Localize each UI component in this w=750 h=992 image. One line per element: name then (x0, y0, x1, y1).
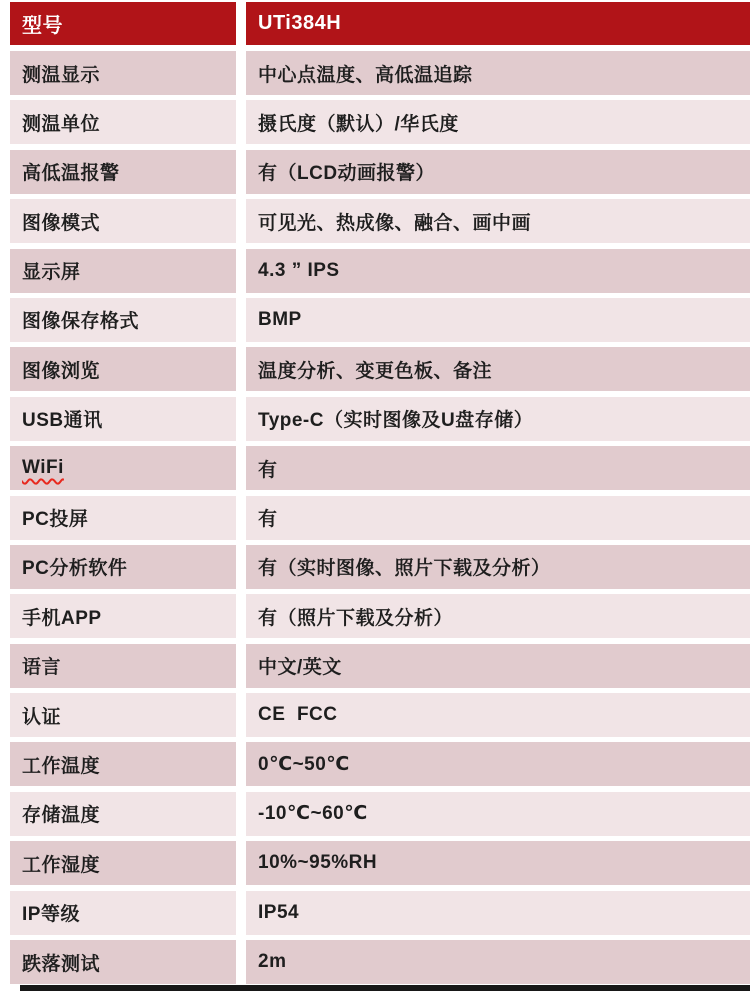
spec-value: 有（照片下载及分析） (258, 603, 453, 630)
spec-value-cell: -10℃~60℃ (246, 792, 750, 836)
spec-value: 2m (258, 951, 286, 973)
table-row: 工作温度 0℃~50℃ (0, 742, 750, 786)
spec-value-cell: 有 (246, 446, 750, 490)
spec-value-cell: 中心点温度、高低温追踪 (246, 51, 750, 95)
table-row: 高低温报警 有（LCD动画报警） (0, 150, 750, 194)
table-row: WiFi 有 (0, 446, 750, 490)
table-row: 语言 中文/英文 (0, 644, 750, 688)
spec-label-cell: 图像模式 (10, 199, 236, 243)
spec-label: 认证 (22, 702, 61, 729)
spec-value-cell: 温度分析、变更色板、备注 (246, 347, 750, 391)
spec-label: 图像浏览 (22, 356, 100, 383)
spec-value: 有（实时图像、照片下载及分析） (258, 553, 551, 580)
spec-label-cell: 图像保存格式 (10, 298, 236, 342)
spec-value: 可见光、热成像、融合、画中画 (258, 208, 531, 235)
spec-value: 温度分析、变更色板、备注 (258, 356, 492, 383)
table-row: 显示屏 4.3 ” IPS (0, 249, 750, 293)
spec-value: 有 (258, 504, 278, 531)
table-row: 测温显示 中心点温度、高低温追踪 (0, 51, 750, 95)
spec-value-cell: 有（实时图像、照片下载及分析） (246, 545, 750, 589)
spec-value: 中文/英文 (258, 652, 342, 679)
table-header-row: 型号 UTi384H (0, 2, 750, 45)
spec-label: IP等级 (22, 899, 80, 926)
table-row: PC投屏 有 (0, 496, 750, 540)
spec-label-cell: USB通讯 (10, 397, 236, 441)
spec-label-cell: 认证 (10, 693, 236, 737)
bottom-edge-bar (20, 985, 750, 991)
spec-label-cell: 手机APP (10, 594, 236, 638)
spec-sheet-page: 型号 UTi384H 测温显示 中心点温度、高低温追踪 测温单位 摄氏度（默认）… (0, 0, 750, 992)
spec-value-cell: 有 (246, 496, 750, 540)
spec-value-cell: 有（照片下载及分析） (246, 594, 750, 638)
table-row: USB通讯 Type-C（实时图像及U盘存储） (0, 397, 750, 441)
spec-value: 4.3 ” IPS (258, 260, 340, 282)
spec-value: CE FCC (258, 704, 338, 726)
spec-label-cell: PC分析软件 (10, 545, 236, 589)
spec-label: 测温单位 (22, 109, 100, 136)
table-row: 图像模式 可见光、热成像、融合、画中画 (0, 199, 750, 243)
spec-label: PC投屏 (22, 504, 88, 531)
spec-value-cell: 4.3 ” IPS (246, 249, 750, 293)
spec-value-cell: 中文/英文 (246, 644, 750, 688)
spec-label-cell: 工作湿度 (10, 841, 236, 885)
spec-label: 显示屏 (22, 257, 81, 284)
model-number: UTi384H (258, 12, 341, 35)
table-row: 存储温度 -10℃~60℃ (0, 792, 750, 836)
table-row: PC分析软件 有（实时图像、照片下载及分析） (0, 545, 750, 589)
spec-value-cell: 有（LCD动画报警） (246, 150, 750, 194)
spec-label-cell: 存储温度 (10, 792, 236, 836)
table-row: 认证 CE FCC (0, 693, 750, 737)
spec-label-cell: 语言 (10, 644, 236, 688)
spec-value: BMP (258, 309, 302, 331)
table-row: 工作湿度 10%~95%RH (0, 841, 750, 885)
spec-label-cell: 高低温报警 (10, 150, 236, 194)
spec-label-cell: 图像浏览 (10, 347, 236, 391)
spec-value-cell: IP54 (246, 891, 750, 935)
spec-label: 测温显示 (22, 60, 100, 87)
spec-value: 10%~95%RH (258, 852, 377, 874)
spec-label: PC分析软件 (22, 553, 127, 580)
spec-label: 存储温度 (22, 800, 100, 827)
table-row: 测温单位 摄氏度（默认）/华氏度 (0, 100, 750, 144)
spec-label: 工作温度 (22, 751, 100, 778)
table-row: 图像保存格式 BMP (0, 298, 750, 342)
spec-label: 工作湿度 (22, 850, 100, 877)
spec-value-cell: 0℃~50℃ (246, 742, 750, 786)
spec-label-cell: 显示屏 (10, 249, 236, 293)
spec-value: -10℃~60℃ (258, 802, 368, 825)
spec-label-cell: WiFi (10, 446, 236, 490)
spec-value-cell: BMP (246, 298, 750, 342)
spec-label: 跌落测试 (22, 949, 100, 976)
spec-label: USB通讯 (22, 405, 103, 432)
table-row: 图像浏览 温度分析、变更色板、备注 (0, 347, 750, 391)
spec-value: Type-C（实时图像及U盘存储） (258, 405, 533, 432)
header-label-cell: 型号 (10, 2, 236, 45)
spec-value: 有（LCD动画报警） (258, 158, 435, 185)
spec-value-cell: 2m (246, 940, 750, 984)
spec-value: 0℃~50℃ (258, 753, 350, 776)
table-row: 手机APP 有（照片下载及分析） (0, 594, 750, 638)
spec-label: 图像模式 (22, 208, 100, 235)
spec-label-cell: 工作温度 (10, 742, 236, 786)
spec-label: WiFi (22, 457, 64, 479)
spec-label-cell: 测温单位 (10, 100, 236, 144)
spec-value: 中心点温度、高低温追踪 (258, 60, 473, 87)
spec-value: 摄氏度（默认）/华氏度 (258, 109, 459, 136)
spec-table: 型号 UTi384H 测温显示 中心点温度、高低温追踪 测温单位 摄氏度（默认）… (0, 2, 750, 984)
table-row: IP等级 IP54 (0, 891, 750, 935)
spec-label-cell: IP等级 (10, 891, 236, 935)
spec-label: 高低温报警 (22, 158, 120, 185)
spec-label-cell: PC投屏 (10, 496, 236, 540)
spec-value-cell: 可见光、热成像、融合、画中画 (246, 199, 750, 243)
spec-value-cell: CE FCC (246, 693, 750, 737)
header-value-cell: UTi384H (246, 2, 750, 45)
spec-label: 图像保存格式 (22, 306, 139, 333)
spec-label-cell: 跌落测试 (10, 940, 236, 984)
spec-value: IP54 (258, 902, 299, 924)
spec-label: 语言 (22, 652, 61, 679)
spec-value: 有 (258, 455, 278, 482)
spec-value-cell: 10%~95%RH (246, 841, 750, 885)
spec-label: 手机APP (22, 603, 102, 630)
spec-label-cell: 测温显示 (10, 51, 236, 95)
spec-value-cell: 摄氏度（默认）/华氏度 (246, 100, 750, 144)
spec-value-cell: Type-C（实时图像及U盘存储） (246, 397, 750, 441)
table-row: 跌落测试 2m (0, 940, 750, 984)
header-label: 型号 (22, 9, 63, 38)
